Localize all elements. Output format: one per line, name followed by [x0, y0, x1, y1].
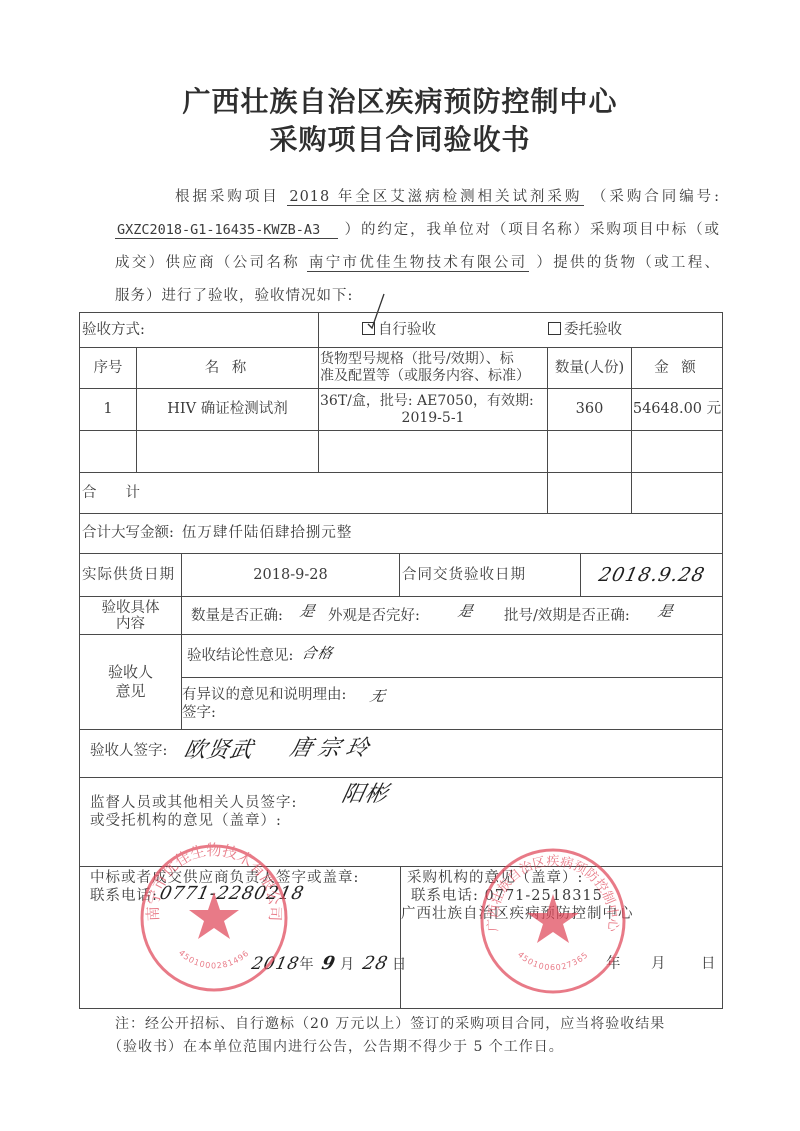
intro-suffix: （采购合同编号: [592, 189, 720, 205]
conclusion-label: 验收结论性意见: [187, 647, 293, 665]
intro-line-2: GXZC2018-G1-16435-KWZB-A3 ）的约定，我单位对（项目名称… [115, 219, 720, 241]
option-entrusted-inspection-label: 委托验收 [564, 322, 622, 338]
header-spec-line2: 准及配置等（或服务内容、标准） [320, 368, 530, 385]
contract-delivery-date-label: 合同交货验收日期 [399, 553, 581, 597]
row2-no [79, 430, 137, 473]
intro-prefix: 根据采购项目 [175, 189, 280, 205]
inspector-signature-2: 唐宗玲 [288, 740, 376, 758]
conclusion-value: 合格 [300, 645, 335, 663]
option-self-inspection[interactable]: 自行验收 [362, 322, 436, 339]
appearance-label: 外观是否完好: [328, 607, 420, 625]
opinion-label-line2: 意见 [115, 682, 145, 701]
supplier-date-month: 9 [320, 955, 337, 973]
total-amount [631, 472, 723, 514]
inspector-signature-label: 验收人签字: [90, 742, 167, 760]
contract-delivery-date-value: 2018.9.28 [580, 553, 723, 597]
note-line1: 注：经公开招标、自行邀标（20 万元以上）签订的采购项目合同，应当将验收结果 [115, 1013, 665, 1035]
opinion-label: 验收人 意见 [79, 634, 182, 730]
supervisor-label-line2: 或受托机构的意见（盖章）: [90, 812, 282, 830]
inspection-content: 数量是否正确: 是 外观是否完好: 是 批号/效期是否正确: 是 [181, 596, 723, 635]
supplier-date-year: 2018 [250, 955, 301, 973]
supplier-phone-label: 联系电话: [90, 887, 158, 905]
appearance-value: 是 [456, 603, 475, 621]
purchaser-section: 采购机构的意见（盖章）: 联系电话: 0771-2518315 广西壮族自治区疾… [400, 866, 723, 1009]
row2-name [136, 430, 319, 473]
inspection-label-line1: 验收具体 [102, 600, 160, 616]
header-spec-line1: 货物型号规格（批号/效期）、标 [320, 351, 514, 368]
checkbox-self-inspection[interactable] [362, 322, 375, 335]
supplier-section: 中标或者成交供应商负责人签字或盖章: 联系电话: 0771-2280218 20… [79, 866, 401, 1009]
year-char: 年 [299, 957, 314, 973]
acceptance-method-options: 自行验收 委托验收 [318, 312, 723, 348]
supplier-name: 南宁市优佳生物技术有限公司 [307, 255, 530, 272]
supplier-date: 2018年 9月 28日 [252, 955, 406, 974]
conclusion-row: 验收结论性意见: 合格 [181, 634, 723, 678]
acceptance-method-label: 验收方式: [79, 312, 319, 348]
objection-value: 无 [368, 688, 387, 706]
supplier-date-day: 28 [361, 955, 390, 973]
inspector-signature-row: 验收人签字: 欧贤武 唐宗玲 [79, 729, 723, 778]
row1-no: 1 [79, 388, 137, 431]
batch-correct-value: 是 [656, 603, 675, 621]
opinion-label-line1: 验收人 [108, 663, 153, 682]
purchaser-year-char: 年 [606, 955, 621, 973]
total-label: 合 计 [79, 472, 548, 514]
row1-amount: 54648.00 元 [631, 388, 723, 431]
objection-sign-label: 签字: [182, 704, 216, 722]
intro-line-3-prefix: 成交）供应商（公司名称 [115, 255, 300, 271]
option-self-inspection-label: 自行验收 [378, 322, 436, 338]
objection-label: 有异议的意见和说明理由: [182, 686, 346, 704]
purchaser-label: 采购机构的意见（盖章）: [407, 869, 583, 887]
contract-number: GXZC2018-G1-16435-KWZB-A3 [115, 222, 338, 239]
actual-supply-date-label: 实际供货日期 [79, 553, 182, 597]
header-name: 名 称 [136, 347, 319, 389]
purchaser-phone: 联系电话: 0771-2518315 [411, 887, 603, 905]
purchaser-month-char: 月 [651, 955, 666, 973]
supervisor-row: 监督人员或其他相关人员签字: 或受托机构的意见（盖章）: 阳彬 [79, 777, 723, 867]
option-entrusted-inspection[interactable]: 委托验收 [548, 322, 622, 339]
amount-in-words-label: 合计大写金额: [82, 525, 174, 542]
inspection-label: 验收具体 内容 [79, 596, 182, 635]
checkbox-entrusted-inspection[interactable] [548, 322, 561, 335]
row1-spec-line2: 2019-5-1 [402, 410, 465, 427]
actual-supply-date-value: 2018-9-28 [181, 553, 400, 597]
purchaser-day-char: 日 [701, 955, 716, 973]
row2-spec [318, 430, 548, 473]
header-spec: 货物型号规格（批号/效期）、标 准及配置等（或服务内容、标准） [318, 347, 548, 389]
qty-correct-label: 数量是否正确: [191, 607, 283, 625]
amount-in-words: 合计大写金额: 伍万肆仟陆佰肆拾捌元整 [79, 513, 723, 554]
row1-name: HIV 确证检测试剂 [136, 388, 319, 431]
acceptance-method-label-text: 验收方式: [82, 322, 145, 339]
project-name: 2018 年全区艾滋病检测相关试剂采购 [287, 189, 584, 206]
objection-row: 有异议的意见和说明理由: 无 签字: [181, 677, 723, 730]
inspection-label-line2: 内容 [116, 616, 145, 632]
row1-spec-line1: 36T/盒，批号: AE7050，有效期: [319, 393, 534, 410]
intro-line-3: 成交）供应商（公司名称 南宁市优佳生物技术有限公司 ）提供的货物（或工程、 [115, 252, 720, 274]
header-amount: 金 额 [631, 347, 723, 389]
header-qty: 数量(人份) [547, 347, 632, 389]
total-qty [547, 472, 632, 514]
month-char: 月 [340, 957, 355, 973]
row2-qty [547, 430, 632, 473]
intro-line-3-suffix: ）提供的货物（或工程、 [536, 255, 720, 271]
amount-in-words-value: 伍万肆仟陆佰肆拾捌元整 [182, 525, 353, 542]
header-no: 序号 [79, 347, 137, 389]
intro-line-1: 根据采购项目 2018 年全区艾滋病检测相关试剂采购 （采购合同编号: [175, 186, 720, 208]
document-title-line2: 采购项目合同验收书 [0, 118, 800, 158]
batch-correct-label: 批号/效期是否正确: [504, 607, 630, 625]
note-line2: （验收书）在本单位范围内进行公告，公告期不得少于 5 个工作日。 [108, 1036, 564, 1058]
inspector-signature-1: 欧贤武 [182, 742, 255, 760]
row1-qty: 360 [547, 388, 632, 431]
document-title-line1: 广西壮族自治区疾病预防控制中心 [0, 80, 800, 120]
supervisor-label-line1: 监督人员或其他相关人员签字: [90, 794, 297, 812]
purchaser-org: 广西壮族自治区疾病预防控制中心 [401, 905, 634, 923]
intro-line-4: 服务）进行了验收，验收情况如下: [115, 285, 353, 307]
supervisor-signature: 阳彬 [340, 786, 390, 804]
supplier-phone-value: 0771-2280218 [158, 885, 306, 903]
qty-correct-value: 是 [298, 603, 317, 621]
intro-line-2-text: ）的约定，我单位对（项目名称）采购项目中标（或 [345, 222, 720, 238]
row2-amount [631, 430, 723, 473]
contract-delivery-date-handwritten: 2018.9.28 [597, 567, 706, 584]
row1-spec: 36T/盒，批号: AE7050，有效期: 2019-5-1 [318, 388, 548, 431]
